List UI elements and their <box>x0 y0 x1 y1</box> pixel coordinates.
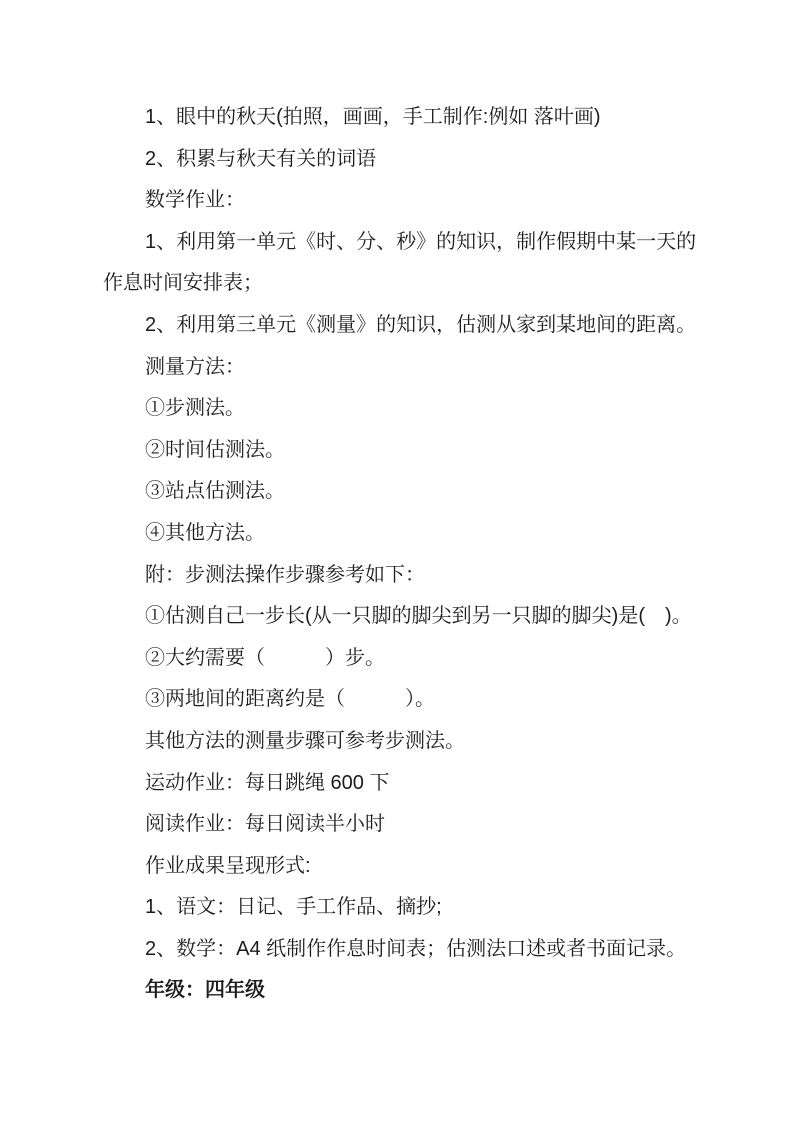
body-paragraph: 1、语文：日记、手工作品、摘抄; <box>103 887 707 929</box>
body-paragraph: 运动作业：每日跳绳 600 下 <box>103 763 707 805</box>
body-paragraph: ①步测法。 <box>103 388 707 430</box>
body-paragraph: 数学作业： <box>103 180 707 222</box>
body-paragraph: 测量方法： <box>103 347 707 389</box>
body-paragraph: 2、积累与秋天有关的词语 <box>103 139 707 181</box>
document-body: 1、眼中的秋天(拍照，画画，手工制作:例如 落叶画)2、积累与秋天有关的词语数学… <box>0 0 793 1012</box>
body-paragraph: 1、利用第一单元《时、分、秒》的知识，制作假期中某一天的 作息时间安排表； <box>103 222 707 305</box>
body-paragraph: 作业成果呈现形式: <box>103 846 707 888</box>
body-paragraph: 2、利用第三单元《测量》的知识，估测从家到某地间的距离。 <box>103 305 707 347</box>
body-paragraph: ③站点估测法。 <box>103 471 707 513</box>
document-page: 1、眼中的秋天(拍照，画画，手工制作:例如 落叶画)2、积累与秋天有关的词语数学… <box>0 0 793 1122</box>
body-paragraph: ④其他方法。 <box>103 513 707 555</box>
body-paragraph: ③两地间的距离约是（ ）。 <box>103 679 707 721</box>
body-paragraph: 其他方法的测量步骤可参考步测法。 <box>103 721 707 763</box>
body-paragraph: 阅读作业：每日阅读半小时 <box>103 804 707 846</box>
body-paragraph: 2、数学：A4 纸制作作息时间表；估测法口述或者书面记录。 <box>103 929 707 971</box>
body-paragraph: ①估测自己一步长(从一只脚的脚尖到另一只脚的脚尖)是( )。 <box>103 596 707 638</box>
body-paragraph: 1、眼中的秋天(拍照，画画，手工制作:例如 落叶画) <box>103 97 707 139</box>
body-paragraph: 附：步测法操作步骤参考如下： <box>103 555 707 597</box>
grade-heading-paragraph: 年级：四年级 <box>103 970 707 1012</box>
body-paragraph: ②时间估测法。 <box>103 430 707 472</box>
body-paragraph: ②大约需要（ ）步。 <box>103 638 707 680</box>
